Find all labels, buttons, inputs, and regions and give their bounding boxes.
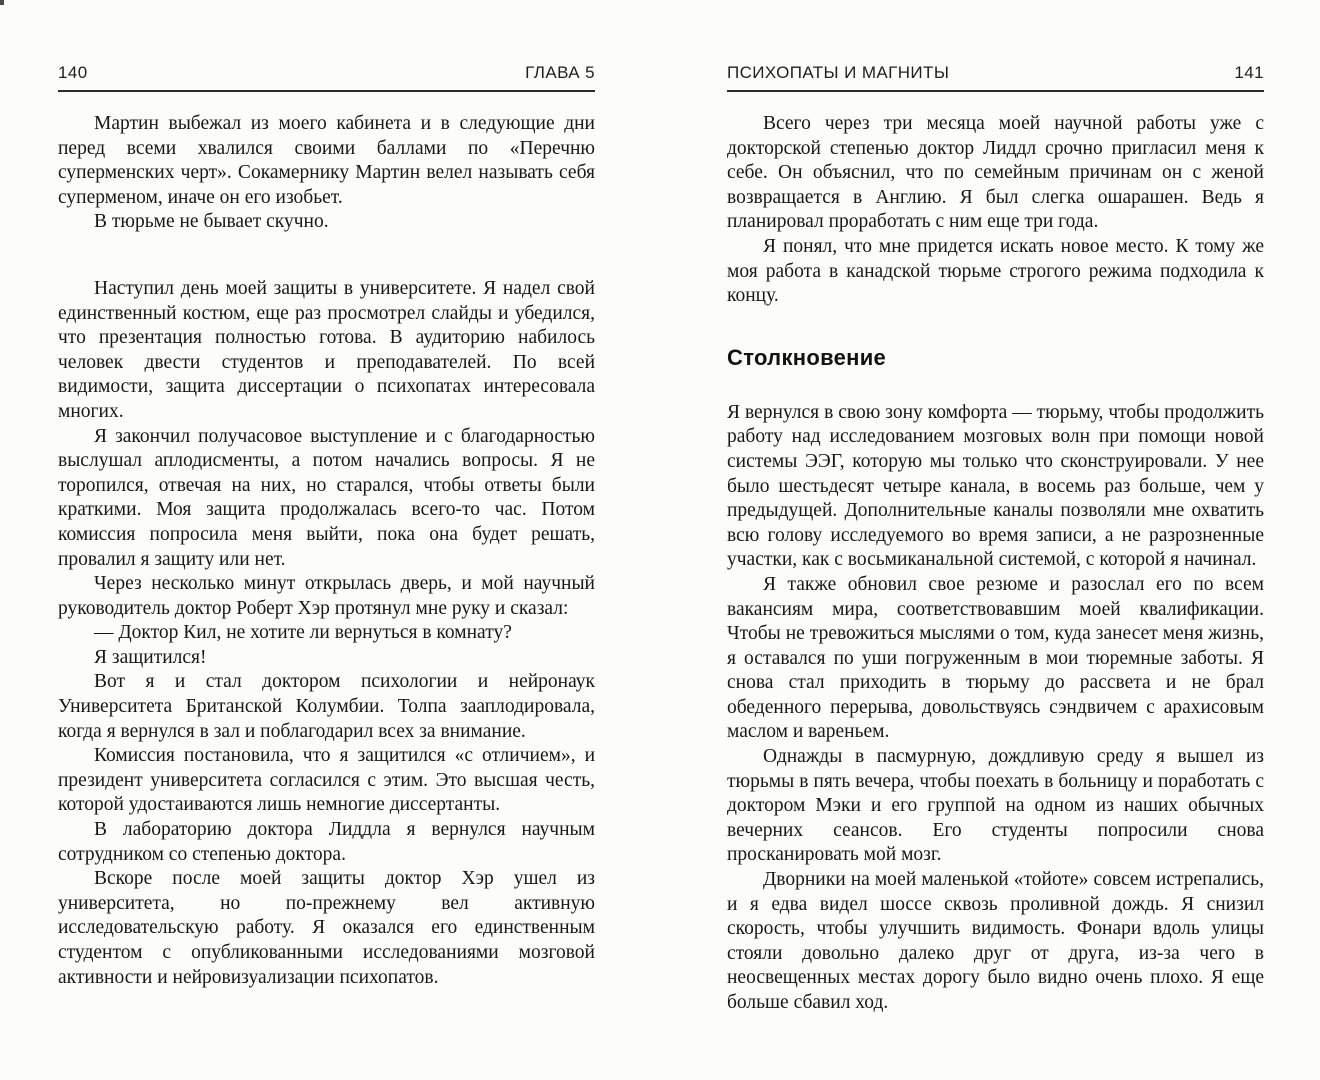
paragraph: Однажды в пасмурную, дождливую среду я в… (727, 745, 1264, 868)
right-running-head-label: ПСИХОПАТЫ И МАГНИТЫ (727, 62, 949, 83)
paragraph: Комиссия постановила, что я защитился «с… (58, 744, 595, 818)
book-spread: 140 ГЛАВА 5 Мартин выбежал из моего каби… (0, 0, 1320, 1080)
paragraph: Я вернулся в свою зону комфорта — тюрьму… (727, 401, 1264, 573)
right-page-number: 141 (1234, 62, 1264, 83)
paragraph: В лабораторию доктора Лиддла я вернулся … (58, 818, 595, 867)
paragraph: Мартин выбежал из моего кабинета и в сле… (58, 112, 595, 210)
paragraph: Дворники на моей маленькой «тойоте» совс… (727, 868, 1264, 1016)
right-running-head: ПСИХОПАТЫ И МАГНИТЫ 141 (727, 62, 1264, 92)
right-page: ПСИХОПАТЫ И МАГНИТЫ 141 Всего через три … (727, 62, 1264, 1016)
left-page-body: Мартин выбежал из моего кабинета и в сле… (58, 112, 595, 990)
paragraph: Вскоре после моей защиты доктор Хэр ушел… (58, 867, 595, 990)
paragraph: Я также обновил свое резюме и разослал е… (727, 573, 1264, 745)
paragraph: Я защитился! (58, 646, 595, 671)
paragraph: — Доктор Кил, не хотите ли вернуться в к… (58, 621, 595, 646)
right-page-body: Всего через три месяца моей научной рабо… (727, 112, 1264, 1016)
left-page: 140 ГЛАВА 5 Мартин выбежал из моего каби… (58, 62, 595, 990)
paragraph: Вот я и стал доктором психологии и нейро… (58, 670, 595, 744)
paragraph: Всего через три месяца моей научной рабо… (727, 112, 1264, 235)
left-running-head-label: ГЛАВА 5 (525, 62, 595, 83)
paragraph: Я закончил получасовое выступление и с б… (58, 425, 595, 573)
paragraph: В тюрьме не бывает скучно. (58, 210, 595, 235)
left-page-number: 140 (58, 62, 88, 83)
paragraph: Через несколько минут открылась дверь, и… (58, 572, 595, 621)
scan-artifact (0, 0, 4, 5)
paragraph: Наступил день моей защиты в университете… (58, 277, 595, 425)
section-heading: Столкновение (727, 345, 1264, 371)
left-running-head: 140 ГЛАВА 5 (58, 62, 595, 92)
paragraph: Я понял, что мне придется искать новое м… (727, 235, 1264, 309)
